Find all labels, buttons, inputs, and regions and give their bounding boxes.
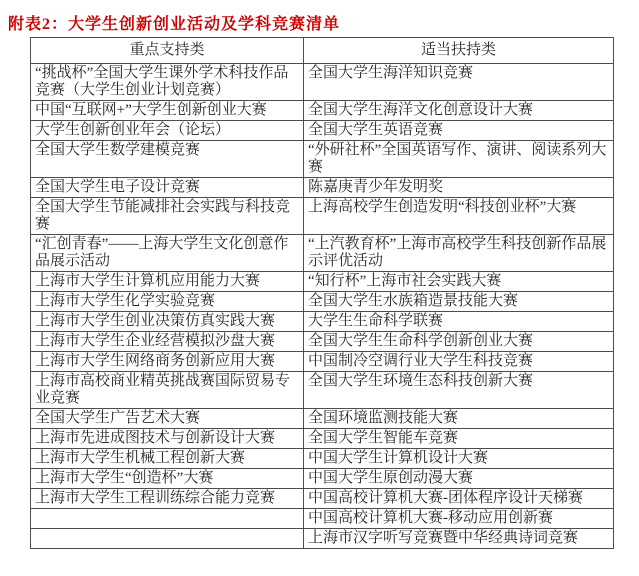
competition-table-body: “挑战杯”全国大学生课外学术科技作品竞赛（大学生创业计划竞赛）全国大学生海洋知识… [31,64,614,549]
cell-key-support: 上海市大学生工程训练综合能力竞赛 [31,489,304,509]
cell-key-support: 上海市大学生计算机应用能力大赛 [31,272,304,292]
table-row: 全国大学生电子设计竞赛陈嘉庚青少年发明奖 [31,178,614,198]
table-row: 上海市汉字听写竞赛暨中华经典诗词竞赛 [31,529,614,549]
table-row: 上海市大学生创业决策仿真实践大赛大学生生命科学联赛 [31,312,614,332]
cell-key-support: 全国大学生电子设计竞赛 [31,178,304,198]
table-row: 中国高校计算机大赛-移动应用创新赛 [31,509,614,529]
cell-moderate-support: 全国大学生英语竞赛 [304,121,614,141]
column-header-moderate-support: 适当扶持类 [304,38,614,64]
cell-key-support: 上海市高校商业精英挑战赛国际贸易专业竞赛 [31,372,304,409]
competition-table-header: 重点支持类 适当扶持类 [31,38,614,64]
cell-key-support: 中国“互联网+”大学生创新创业大赛 [31,101,304,121]
cell-moderate-support: 大学生生命科学联赛 [304,312,614,332]
cell-moderate-support: “上汽教育杯”上海市高校学生科技创新作品展示评优活动 [304,235,614,272]
cell-key-support: 全国大学生数学建模竞赛 [31,141,304,178]
cell-key-support: 全国大学生节能减排社会实践与科技竞赛 [31,198,304,235]
page-title: 附表2：大学生创新创业活动及学科竞赛清单 [8,11,340,34]
table-row: 全国大学生节能减排社会实践与科技竞赛上海高校学生创造发明“科技创业杯”大赛 [31,198,614,235]
cell-moderate-support: 陈嘉庚青少年发明奖 [304,178,614,198]
table-row: 上海市大学生工程训练综合能力竞赛中国高校计算机大赛-团体程序设计天梯赛 [31,489,614,509]
cell-moderate-support: 上海高校学生创造发明“科技创业杯”大赛 [304,198,614,235]
cell-moderate-support: 全国大学生环境生态科技创新大赛 [304,372,614,409]
cell-key-support: 上海市大学生化学实验竞赛 [31,292,304,312]
cell-moderate-support: “知行杯”上海市社会实践大赛 [304,272,614,292]
cell-moderate-support: “外研社杯”全国英语写作、演讲、阅读系列大赛 [304,141,614,178]
cell-key-support: 上海市大学生企业经营模拟沙盘大赛 [31,332,304,352]
table-row: 上海市大学生机械工程创新大赛中国大学生计算机设计大赛 [31,449,614,469]
cell-moderate-support: 全国大学生生命科学创新创业大赛 [304,332,614,352]
cell-key-support: 全国大学生广告艺术大赛 [31,409,304,429]
table-row: 上海市大学生计算机应用能力大赛“知行杯”上海市社会实践大赛 [31,272,614,292]
cell-key-support: 上海市大学生网络商务创新应用大赛 [31,352,304,372]
cell-moderate-support: 全国大学生海洋文化创意设计大赛 [304,101,614,121]
cell-key-support [31,529,304,549]
table-row: 上海市先进成图技术与创新设计大赛全国大学生智能车竞赛 [31,429,614,449]
cell-key-support: “汇创青春”——上海大学生文化创意作品展示活动 [31,235,304,272]
cell-moderate-support: 中国高校计算机大赛-团体程序设计天梯赛 [304,489,614,509]
cell-moderate-support: 全国大学生智能车竞赛 [304,429,614,449]
cell-key-support: 上海市先进成图技术与创新设计大赛 [31,429,304,449]
header-row: 重点支持类 适当扶持类 [31,38,614,64]
table-row: 上海市大学生网络商务创新应用大赛中国制冷空调行业大学生科技竞赛 [31,352,614,372]
cell-moderate-support: 中国制冷空调行业大学生科技竞赛 [304,352,614,372]
table-row: 上海市大学生化学实验竞赛全国大学生水族箱造景技能大赛 [31,292,614,312]
cell-key-support: 上海市大学生机械工程创新大赛 [31,449,304,469]
table-row: 上海市大学生“创造杯”大赛中国大学生原创动漫大赛 [31,469,614,489]
cell-moderate-support: 中国大学生计算机设计大赛 [304,449,614,469]
cell-key-support [31,509,304,529]
competition-table: 重点支持类 适当扶持类 “挑战杯”全国大学生课外学术科技作品竞赛（大学生创业计划… [30,37,614,549]
cell-moderate-support: 全国大学生海洋知识竞赛 [304,64,614,101]
cell-moderate-support: 上海市汉字听写竞赛暨中华经典诗词竞赛 [304,529,614,549]
table-row: “汇创青春”——上海大学生文化创意作品展示活动“上汽教育杯”上海市高校学生科技创… [31,235,614,272]
table-row: “挑战杯”全国大学生课外学术科技作品竞赛（大学生创业计划竞赛）全国大学生海洋知识… [31,64,614,101]
cell-moderate-support: 中国大学生原创动漫大赛 [304,469,614,489]
cell-key-support: “挑战杯”全国大学生课外学术科技作品竞赛（大学生创业计划竞赛） [31,64,304,101]
table-row: 上海市大学生企业经营模拟沙盘大赛全国大学生生命科学创新创业大赛 [31,332,614,352]
table-row: 全国大学生数学建模竞赛“外研社杯”全国英语写作、演讲、阅读系列大赛 [31,141,614,178]
table-row: 大学生创新创业年会（论坛）全国大学生英语竞赛 [31,121,614,141]
document-page: 附表2：大学生创新创业活动及学科竞赛清单 重点支持类 适当扶持类 “挑战杯”全国… [0,0,639,576]
cell-key-support: 上海市大学生创业决策仿真实践大赛 [31,312,304,332]
cell-key-support: 上海市大学生“创造杯”大赛 [31,469,304,489]
cell-moderate-support: 中国高校计算机大赛-移动应用创新赛 [304,509,614,529]
cell-moderate-support: 全国环境监测技能大赛 [304,409,614,429]
cell-key-support: 大学生创新创业年会（论坛） [31,121,304,141]
table-row: 中国“互联网+”大学生创新创业大赛全国大学生海洋文化创意设计大赛 [31,101,614,121]
cell-moderate-support: 全国大学生水族箱造景技能大赛 [304,292,614,312]
column-header-key-support: 重点支持类 [31,38,304,64]
table-row: 全国大学生广告艺术大赛全国环境监测技能大赛 [31,409,614,429]
table-row: 上海市高校商业精英挑战赛国际贸易专业竞赛全国大学生环境生态科技创新大赛 [31,372,614,409]
